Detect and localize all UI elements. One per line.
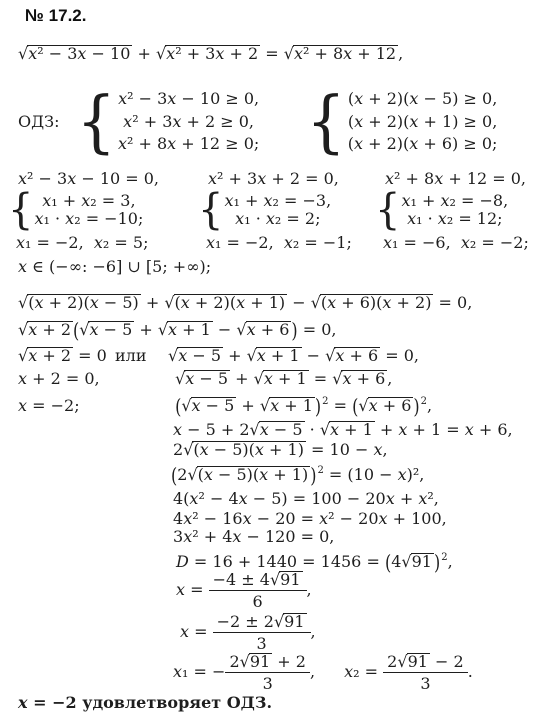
vieta-system: { x₁ + x₂ = −8, x₁ · x₂ = 12;	[375, 190, 529, 230]
case2-step: √x − 5 + √x + 1 = √x + 6,	[175, 369, 392, 388]
quadratic-equation: x² − 3x − 10 = 0,	[18, 168, 198, 190]
system-lines: x₁ + x₂ = 3, x₁ · x₂ = −10;	[34, 192, 143, 228]
quadratic-columns: x² − 3x − 10 = 0, { x₁ + x₂ = 3, x₁ · x₂…	[8, 168, 529, 254]
inequality-line: (x + 2)(x + 6) ≥ 0;	[348, 133, 498, 156]
quadratic-solution-1: x² − 3x − 10 = 0, { x₁ + x₂ = 3, x₁ · x₂…	[8, 168, 198, 254]
vieta-line: x₁ + x₂ = 3,	[34, 192, 143, 210]
case-split-row: √x + 2 = 0 или √x − 5 + √x + 1 − √x + 6 …	[18, 344, 419, 368]
root-formula-line: x = −4 ± 4√916,	[176, 570, 312, 611]
system-lines: x₁ + x₂ = −8, x₁ · x₂ = 12;	[401, 192, 508, 228]
vieta-line: x₁ · x₂ = 12;	[401, 210, 508, 228]
solution-row: x = −2; (√x − 5 + √x + 1)2 = (√x + 6)2,	[18, 390, 432, 419]
factored-radical-equation: √(x + 2)(x − 5) + √(x + 2)(x + 1) − √(x …	[18, 291, 472, 315]
vieta-line: x₁ · x₂ = −10;	[34, 210, 143, 228]
given-equation: √x² − 3x − 10 + √x² + 3x + 2 = √x² + 8x …	[18, 42, 403, 66]
system-brace: {	[76, 88, 115, 155]
system-lines: x₁ + x₂ = −3, x₁ · x₂ = 2;	[224, 192, 331, 228]
quadratic-equation: x² + 3x + 2 = 0,	[208, 168, 375, 190]
roots-line: x₁ = −6, x₂ = −2;	[383, 232, 529, 254]
factored-product-equation: √x + 2(√x − 5 + √x + 1 − √x + 6) = 0,	[18, 318, 337, 343]
odz-polynomial-system: { x² − 3x − 10 ≥ 0, x² + 3x + 2 ≥ 0, x² …	[76, 88, 259, 156]
system-brace: {	[8, 189, 33, 231]
system-brace: {	[375, 189, 400, 231]
case1-result: x = −2;	[18, 394, 170, 418]
final-roots-row: x₁ = −2√91 + 23, x₂ = 2√91 − 23.	[173, 652, 473, 693]
vieta-line: x₁ + x₂ = −8,	[401, 192, 508, 210]
quadratic-solution-2: x² + 3x + 2 = 0, { x₁ + x₂ = −3, x₁ · x₂…	[198, 168, 375, 254]
root-2: x₂ = 2√91 − 23.	[344, 662, 473, 681]
squaring-step: (2√(x − 5)(x + 1))2 = (10 − x)²,	[171, 459, 424, 488]
odz-block: ОДЗ: { x² − 3x − 10 ≥ 0, x² + 3x + 2 ≥ 0…	[18, 88, 497, 156]
domain-interval: x ∈ (−∞: −6] ∪ [5; +∞);	[18, 255, 211, 279]
inequality-line: (x + 2)(x + 1) ≥ 0,	[348, 111, 498, 134]
quadratic-equation: x² + 8x + 12 = 0,	[385, 168, 529, 190]
conclusion: x = −2 удовлетворяет ОДЗ.	[18, 691, 272, 715]
reduced-root-formula-line: x = −2 ± 2√913,	[180, 612, 316, 653]
case2-squaring: (√x − 5 + √x + 1)2 = (√x + 6)2,	[175, 396, 432, 415]
system-brace: {	[306, 88, 345, 155]
or-separator: или	[115, 344, 168, 368]
odz-factored-system: { (x + 2)(x − 5) ≥ 0, (x + 2)(x + 1) ≥ 0…	[306, 88, 497, 156]
problem-number: № 17.2.	[25, 6, 86, 26]
root-1: x₁ = −2√91 + 23,	[173, 662, 315, 681]
vieta-line: x₁ + x₂ = −3,	[224, 192, 331, 210]
roots-line: x₁ = −2, x₂ = 5;	[16, 232, 198, 254]
inequality-line: (x + 2)(x − 5) ≥ 0,	[348, 88, 498, 111]
inequality-line: x² − 3x − 10 ≥ 0,	[118, 88, 259, 111]
odz-label: ОДЗ:	[18, 112, 59, 131]
case1-step: x + 2 = 0,	[18, 367, 170, 391]
vieta-line: x₁ · x₂ = 2;	[224, 210, 331, 228]
quadratic-solution-3: x² + 8x + 12 = 0, { x₁ + x₂ = −8, x₁ · x…	[375, 168, 529, 254]
system-lines: (x + 2)(x − 5) ≥ 0, (x + 2)(x + 1) ≥ 0, …	[348, 88, 498, 156]
system-brace: {	[198, 189, 223, 231]
solution-page: № 17.2. √x² − 3x − 10 + √x² + 3x + 2 = √…	[0, 0, 539, 721]
system-lines: x² − 3x − 10 ≥ 0, x² + 3x + 2 ≥ 0, x² + …	[118, 88, 259, 156]
solution-row: x + 2 = 0, √x − 5 + √x + 1 = √x + 6,	[18, 367, 392, 391]
case1-equation: √x + 2 = 0	[18, 344, 115, 368]
inequality-line: x² + 8x + 12 ≥ 0;	[118, 133, 259, 156]
vieta-system: { x₁ + x₂ = −3, x₁ · x₂ = 2;	[198, 190, 375, 230]
vieta-system: { x₁ + x₂ = 3, x₁ · x₂ = −10;	[8, 190, 198, 230]
roots-line: x₁ = −2, x₂ = −1;	[206, 232, 375, 254]
case2-equation: √x − 5 + √x + 1 − √x + 6 = 0,	[168, 344, 419, 368]
inequality-line: x² + 3x + 2 ≥ 0,	[118, 111, 259, 134]
